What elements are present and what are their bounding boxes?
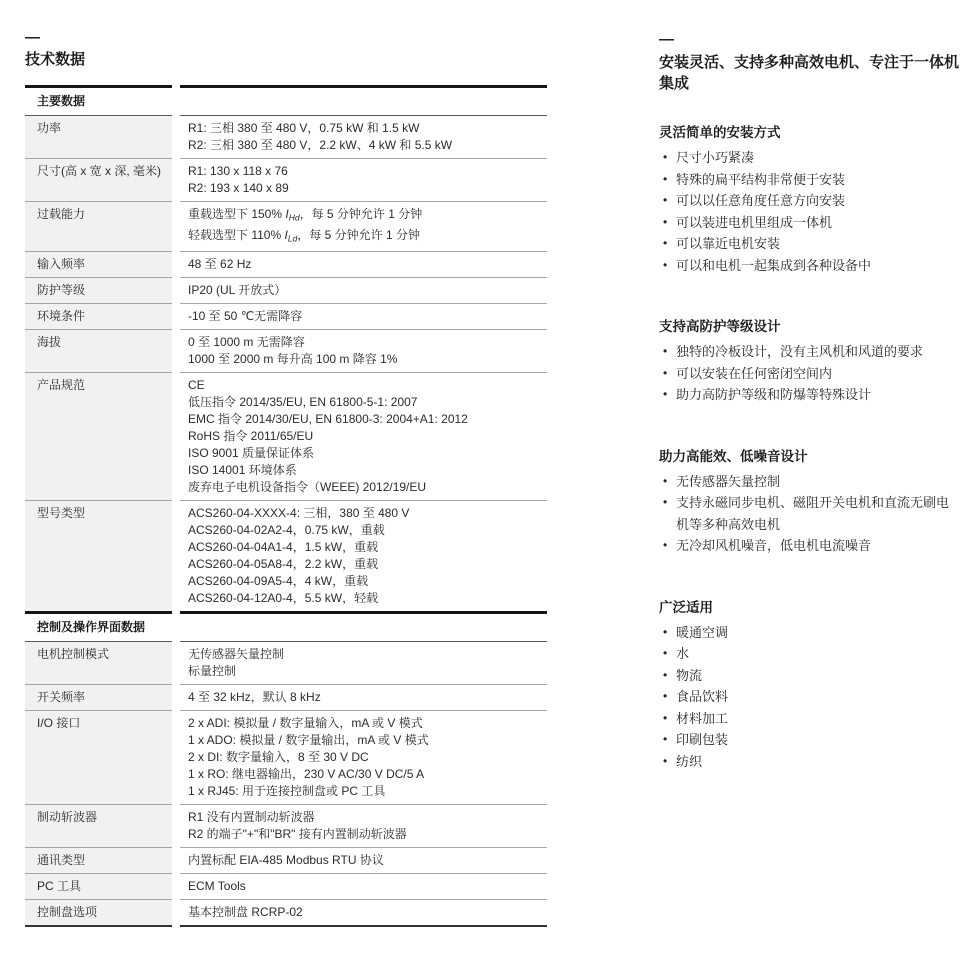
value-line: 2 x DI: 数字量输入，8 至 30 V DC (188, 749, 541, 766)
row-value: -10 至 50 ℃无需降容 (180, 304, 547, 330)
row-value: R1 没有内置制动斩波器R2 的端子"+"和"BR" 接有内置制动斩波器 (180, 805, 547, 848)
bullet-text: 水 (676, 643, 961, 665)
column-gap (172, 611, 180, 642)
row-label: 电机控制模式 (25, 642, 172, 685)
bullet-item: •食品饮料 (659, 686, 961, 708)
bullet-text: 印刷包装 (676, 729, 961, 751)
section-header-spacer (180, 611, 547, 642)
bullet-item: •支持永磁同步电机、磁阻开关电机和直流无刷电机等多种高效电机 (659, 492, 961, 535)
value-line: CE (188, 377, 541, 394)
table-row: 输入频率48 至 62 Hz (25, 252, 547, 278)
bullet-text: 食品饮料 (676, 686, 961, 708)
bullet-icon: • (659, 686, 676, 708)
bullet-icon: • (659, 147, 676, 169)
value-line: R2: 193 x 140 x 89 (188, 180, 541, 197)
bullet-text: 无冷却风机噪音，低电机电流噪音 (676, 535, 961, 557)
value-line: 内置标配 EIA-485 Modbus RTU 协议 (188, 852, 541, 869)
value-line: R1: 三相 380 至 480 V，0.75 kW 和 1.5 kW (188, 120, 541, 137)
bullet-text: 无传感器矢量控制 (676, 471, 961, 493)
value-line: R2 的端子"+"和"BR" 接有内置制动斩波器 (188, 826, 541, 843)
row-value: R1: 130 x 118 x 76R2: 193 x 140 x 89 (180, 159, 547, 202)
table-row: 过载能力重载选型下 150% IHd，每 5 分钟允许 1 分钟轻载选型下 11… (25, 202, 547, 252)
table-row: 开关频率4 至 32 kHz，默认 8 kHz (25, 685, 547, 711)
bullet-item: •纺织 (659, 751, 961, 773)
row-value: 4 至 32 kHz，默认 8 kHz (180, 685, 547, 711)
bullet-item: •可以靠近电机安装 (659, 233, 961, 255)
column-gap (172, 685, 180, 711)
value-line: ACS260-04-XXXX-4: 三相，380 至 480 V (188, 505, 541, 522)
column-gap (172, 85, 180, 116)
row-value: 0 至 1000 m 无需降容1000 至 2000 m 每升高 100 m 降… (180, 330, 547, 373)
highlights-title: 安装灵活、支持多种高效电机、专注于一体机集成 (659, 52, 961, 94)
row-label: 环境条件 (25, 304, 172, 330)
table-row: 电机控制模式无传感器矢量控制标量控制 (25, 642, 547, 685)
column-gap (172, 202, 180, 252)
row-label: 输入频率 (25, 252, 172, 278)
value-line: 基本控制盘 RCRP-02 (188, 904, 541, 921)
column-gap (172, 900, 180, 927)
row-label: 海拔 (25, 330, 172, 373)
bullet-text: 独特的冷板设计，没有主风机和风道的要求 (676, 341, 961, 363)
column-gap (172, 848, 180, 874)
bullet-text: 物流 (676, 665, 961, 687)
row-value: 内置标配 EIA-485 Modbus RTU 协议 (180, 848, 547, 874)
value-line: 无传感器矢量控制 (188, 646, 541, 663)
bullet-item: •水 (659, 643, 961, 665)
text-segment: ，每 5 分钟允许 1 分钟 (300, 207, 423, 221)
value-line: 重载选型下 150% IHd，每 5 分钟允许 1 分钟 (188, 206, 541, 227)
column-gap (172, 642, 180, 685)
table-row: 制动斩波器R1 没有内置制动斩波器R2 的端子"+"和"BR" 接有内置制动斩波… (25, 805, 547, 848)
value-line: 轻载选型下 110% ILd，每 5 分钟允许 1 分钟 (188, 227, 541, 248)
bullet-item: •材料加工 (659, 708, 961, 730)
row-value: 重载选型下 150% IHd，每 5 分钟允许 1 分钟轻载选型下 110% I… (180, 202, 547, 252)
bullet-icon: • (659, 384, 676, 406)
row-label: 通讯类型 (25, 848, 172, 874)
bullet-text: 材料加工 (676, 708, 961, 730)
table-row: 型号类型ACS260-04-XXXX-4: 三相，380 至 480 VACS2… (25, 501, 547, 611)
value-line: 低压指令 2014/35/EU, EN 61800-5-1: 2007 (188, 394, 541, 411)
bullet-icon: • (659, 212, 676, 234)
value-line: 1 x RJ45: 用于连接控制盘或 PC 工具 (188, 783, 541, 800)
value-line: 标量控制 (188, 663, 541, 680)
column-gap (172, 330, 180, 373)
row-label: 控制盘选项 (25, 900, 172, 927)
feature-group-heading: 支持高防护等级设计 (659, 318, 961, 336)
bullet-text: 可以装进电机里组成一体机 (676, 212, 961, 234)
bullet-item: •助力高防护等级和防爆等特殊设计 (659, 384, 961, 406)
value-line: 1 x ADO: 模拟量 / 数字量输出，mA 或 V 模式 (188, 732, 541, 749)
row-label: 产品规范 (25, 373, 172, 501)
value-line: 1 x RO: 继电器输出，230 V AC/30 V DC/5 A (188, 766, 541, 783)
feature-group-heading: 广泛适用 (659, 599, 961, 617)
table-row: 防护等级IP20 (UL 开放式） (25, 278, 547, 304)
row-value: 48 至 62 Hz (180, 252, 547, 278)
value-line: ISO 9001 质量保证体系 (188, 445, 541, 462)
column-gap (172, 874, 180, 900)
bullet-text: 支持永磁同步电机、磁阻开关电机和直流无刷电机等多种高效电机 (676, 492, 961, 535)
row-value: IP20 (UL 开放式） (180, 278, 547, 304)
value-line: ACS260-04-09A5-4，4 kW，重载 (188, 573, 541, 590)
page-title: 技术数据 (25, 50, 547, 70)
table-row: 功率R1: 三相 380 至 480 V，0.75 kW 和 1.5 kWR2:… (25, 116, 547, 159)
row-value: 2 x ADI: 模拟量 / 数字量输入，mA 或 V 模式1 x ADO: 模… (180, 711, 547, 805)
bullet-icon: • (659, 169, 676, 191)
feature-group: 灵活简单的安装方式•尺寸小巧紧凑•特殊的扁平结构非常便于安装•可以以任意角度任意… (659, 124, 961, 276)
value-line: 0 至 1000 m 无需降容 (188, 334, 541, 351)
row-label: 过载能力 (25, 202, 172, 252)
bullet-item: •物流 (659, 665, 961, 687)
bullet-item: •无传感器矢量控制 (659, 471, 961, 493)
bullet-item: •暖通空调 (659, 622, 961, 644)
column-gap (172, 159, 180, 202)
column-gap (172, 252, 180, 278)
table-row: PC 工具ECM Tools (25, 874, 547, 900)
value-line: 1000 至 2000 m 每升高 100 m 降容 1% (188, 351, 541, 368)
bullet-text: 可以以任意角度任意方向安装 (676, 190, 961, 212)
table-row: 通讯类型内置标配 EIA-485 Modbus RTU 协议 (25, 848, 547, 874)
bullet-text: 可以靠近电机安装 (676, 233, 961, 255)
column-gap (172, 501, 180, 611)
row-label: 制动斩波器 (25, 805, 172, 848)
value-line: ISO 14001 环境体系 (188, 462, 541, 479)
bullet-text: 可以和电机一起集成到各种设备中 (676, 255, 961, 277)
highlights-column: — 安装灵活、支持多种高效电机、专注于一体机集成 灵活简单的安装方式•尺寸小巧紧… (659, 34, 961, 772)
row-label: 尺寸(高 x 宽 x 深, 毫米) (25, 159, 172, 202)
column-gap (172, 304, 180, 330)
bullet-icon: • (659, 363, 676, 385)
value-line: ACS260-04-02A2-4，0.75 kW，重载 (188, 522, 541, 539)
feature-group: 广泛适用•暖通空调•水•物流•食品饮料•材料加工•印刷包装•纺织 (659, 599, 961, 773)
bullet-icon: • (659, 535, 676, 557)
row-value: ACS260-04-XXXX-4: 三相，380 至 480 VACS260-0… (180, 501, 547, 611)
value-line: IP20 (UL 开放式） (188, 282, 541, 299)
bullet-icon: • (659, 255, 676, 277)
row-value: CE低压指令 2014/35/EU, EN 61800-5-1: 2007EMC… (180, 373, 547, 501)
feature-group-heading: 灵活简单的安装方式 (659, 124, 961, 142)
row-value: 基本控制盘 RCRP-02 (180, 900, 547, 927)
bullet-icon: • (659, 643, 676, 665)
bullet-item: •独特的冷板设计，没有主风机和风道的要求 (659, 341, 961, 363)
bullet-item: •可以以任意角度任意方向安装 (659, 190, 961, 212)
subscript-text: Ld (288, 233, 297, 243)
table-row: 海拔0 至 1000 m 无需降容1000 至 2000 m 每升高 100 m… (25, 330, 547, 373)
bullet-item: •尺寸小巧紧凑 (659, 147, 961, 169)
text-segment: 重载选型下 150% (188, 207, 285, 221)
row-label: 功率 (25, 116, 172, 159)
bullet-text: 特殊的扁平结构非常便于安装 (676, 169, 961, 191)
bullet-text: 助力高防护等级和防爆等特殊设计 (676, 384, 961, 406)
feature-group-heading: 助力高能效、低噪音设计 (659, 448, 961, 466)
bullet-item: •特殊的扁平结构非常便于安装 (659, 169, 961, 191)
bullet-icon: • (659, 341, 676, 363)
table-section-header: 控制及操作界面数据 (25, 611, 547, 642)
row-label: I/O 接口 (25, 711, 172, 805)
value-line: RoHS 指令 2011/65/EU (188, 428, 541, 445)
bullet-item: •印刷包装 (659, 729, 961, 751)
bullet-icon: • (659, 471, 676, 493)
row-value: R1: 三相 380 至 480 V，0.75 kW 和 1.5 kWR2: 三… (180, 116, 547, 159)
table-section-header: 主要数据 (25, 85, 547, 116)
value-line: 2 x ADI: 模拟量 / 数字量输入，mA 或 V 模式 (188, 715, 541, 732)
value-line: R1 没有内置制动斩波器 (188, 809, 541, 826)
column-gap (172, 116, 180, 159)
value-line: 48 至 62 Hz (188, 256, 541, 273)
bullet-text: 纺织 (676, 751, 961, 773)
table-row: I/O 接口2 x ADI: 模拟量 / 数字量输入，mA 或 V 模式1 x … (25, 711, 547, 805)
value-line: ACS260-04-04A1-4，1.5 kW，重载 (188, 539, 541, 556)
row-value: ECM Tools (180, 874, 547, 900)
value-line: ACS260-04-05A8-4，2.2 kW，重载 (188, 556, 541, 573)
bullet-text: 尺寸小巧紧凑 (676, 147, 961, 169)
value-line: 废弃电子电机设备指令（WEEE) 2012/19/EU (188, 479, 541, 496)
bullet-text: 暖通空调 (676, 622, 961, 644)
bullet-icon: • (659, 751, 676, 773)
value-line: EMC 指令 2014/30/EU, EN 61800-3: 2004+A1: … (188, 411, 541, 428)
feature-group: 支持高防护等级设计•独特的冷板设计，没有主风机和风道的要求•可以安装在任何密闭空… (659, 318, 961, 406)
row-label: 开关频率 (25, 685, 172, 711)
bullet-item: •可以和电机一起集成到各种设备中 (659, 255, 961, 277)
section-header-label: 控制及操作界面数据 (25, 611, 172, 642)
table-row: 环境条件-10 至 50 ℃无需降容 (25, 304, 547, 330)
value-line: -10 至 50 ℃无需降容 (188, 308, 541, 325)
value-line: ECM Tools (188, 878, 541, 895)
text-segment: ，每 5 分钟允许 1 分钟 (297, 228, 420, 242)
bullet-icon: • (659, 708, 676, 730)
column-gap (172, 278, 180, 304)
bullet-icon: • (659, 190, 676, 212)
column-gap (172, 373, 180, 501)
dash-mark: — (25, 32, 547, 43)
subscript-text: Hd (289, 213, 300, 223)
bullet-item: •可以安装在任何密闭空间内 (659, 363, 961, 385)
table-row: 产品规范CE低压指令 2014/35/EU, EN 61800-5-1: 200… (25, 373, 547, 501)
row-value: 无传感器矢量控制标量控制 (180, 642, 547, 685)
table-row: 控制盘选项基本控制盘 RCRP-02 (25, 900, 547, 927)
value-line: ACS260-04-12A0-4，5.5 kW，轻载 (188, 590, 541, 607)
row-label: 防护等级 (25, 278, 172, 304)
value-line: 4 至 32 kHz，默认 8 kHz (188, 689, 541, 706)
dash-mark: — (659, 34, 961, 45)
text-segment: 轻载选型下 110% (188, 228, 284, 242)
bullet-icon: • (659, 233, 676, 255)
spec-table: 主要数据功率R1: 三相 380 至 480 V，0.75 kW 和 1.5 k… (25, 85, 547, 927)
bullet-text: 可以安装在任何密闭空间内 (676, 363, 961, 385)
technical-data-column: — 技术数据 主要数据功率R1: 三相 380 至 480 V，0.75 kW … (25, 32, 547, 927)
value-line: R1: 130 x 118 x 76 (188, 163, 541, 180)
bullet-item: •可以装进电机里组成一体机 (659, 212, 961, 234)
bullet-icon: • (659, 622, 676, 644)
row-label: PC 工具 (25, 874, 172, 900)
feature-group: 助力高能效、低噪音设计•无传感器矢量控制•支持永磁同步电机、磁阻开关电机和直流无… (659, 448, 961, 557)
section-header-label: 主要数据 (25, 85, 172, 116)
bullet-icon: • (659, 729, 676, 751)
value-line: R2: 三相 380 至 480 V，2.2 kW、4 kW 和 5.5 kW (188, 137, 541, 154)
table-row: 尺寸(高 x 宽 x 深, 毫米)R1: 130 x 118 x 76R2: 1… (25, 159, 547, 202)
column-gap (172, 805, 180, 848)
row-label: 型号类型 (25, 501, 172, 611)
section-header-spacer (180, 85, 547, 116)
bullet-icon: • (659, 492, 676, 535)
bullet-item: •无冷却风机噪音，低电机电流噪音 (659, 535, 961, 557)
feature-groups: 灵活简单的安装方式•尺寸小巧紧凑•特殊的扁平结构非常便于安装•可以以任意角度任意… (659, 124, 961, 772)
bullet-icon: • (659, 665, 676, 687)
column-gap (172, 711, 180, 805)
